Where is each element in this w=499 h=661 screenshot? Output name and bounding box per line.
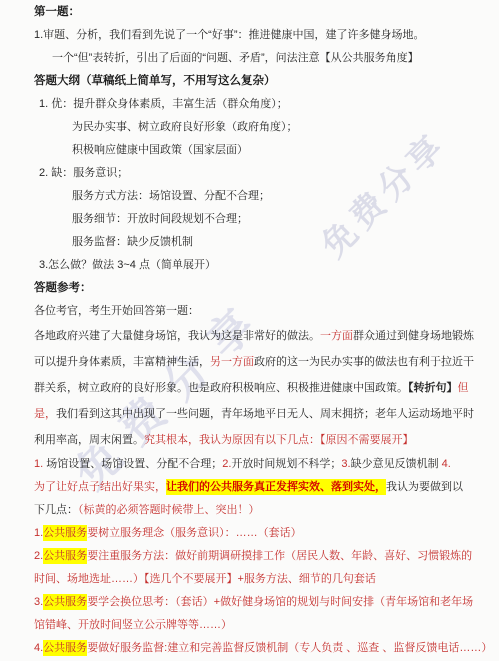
doc-line: 第一题：	[0, 1, 499, 24]
text-segment: 服务监督：缺少反馈机制	[72, 236, 193, 248]
text-segment: 一个“但”表转折，引出了后面的“问题、矛盾”，问法注意【从公共服务角度】	[52, 52, 419, 64]
text-segment: 4.	[34, 642, 43, 654]
doc-line: 为民办实事、树立政府良好形象（政府角度）；	[0, 116, 499, 139]
text-segment: 开放时间规划不科学；	[231, 458, 341, 470]
text-segment: 场馆设置、场馆设置、分配不合理；	[46, 458, 222, 470]
text-segment: 究其根本，我认为原因有以下几点：【原因不需要展开】	[144, 434, 414, 446]
text-segment: 群众通过到健身场地锻炼	[353, 330, 474, 342]
doc-line: 各地政府兴建了大量健身场馆，我认为这是非常好的做法。一方面群众通过到健身场地锻炼	[0, 323, 499, 349]
doc-line: 2.公共服务要注重服务方法：做好前期调研摸排工作（居民人数、年龄、喜好、习惯锻炼…	[0, 545, 499, 568]
doc-line: 答题大纲（草稿纸上简单写，不用写这么复杂）	[0, 70, 499, 93]
text-segment: 我认为要做到以	[386, 481, 463, 493]
text-segment: 答题参考：	[34, 282, 92, 294]
text-segment: 2. 缺：服务意识；	[39, 167, 128, 179]
text-segment: 利用率高，周末闲置。	[34, 434, 144, 446]
doc-line: 答题参考：	[0, 277, 499, 300]
text-segment: 2.	[34, 550, 43, 562]
text-segment: 馆错峰、开放时间竖立公示牌等等……）	[34, 619, 232, 631]
doc-line: 3.公共服务要学会换位思考：（套话）+做好健身场馆的规划与时间安排（青年场馆和老…	[0, 591, 499, 614]
text-segment: 服务方式方法：场馆设置、分配不合理；	[72, 190, 270, 202]
text-segment: 要学会换位思考：（套话）+做好健身场馆的规划与时间安排（青年场馆和老年场	[87, 596, 473, 608]
text-segment: 政府的这一为民办实事的做法也有利于拉近干	[254, 356, 474, 368]
text-segment: 可以提升身体素质，丰富精神生活，	[34, 356, 210, 368]
text-segment: 要树立服务理念（服务意识）：……（套话）	[87, 527, 302, 539]
text-segment: 4.	[442, 458, 451, 470]
doc-line: 利用率高，周末闲置。究其根本，我认为原因有以下几点：【原因不需要展开】	[0, 427, 499, 453]
text-segment: 3.	[34, 596, 43, 608]
text-segment: 1. 优：提升群众身体素质，丰富生活（群众角度）；	[39, 98, 288, 110]
doc-line: 群关系，树立政府的良好形象。也是政府积极响应、积极推进健康中国政策。【转折句】但	[0, 375, 499, 401]
text-segment: 时间、场地选址……）【选几个不要展开】+服务方法、细节的几句套话	[34, 573, 376, 585]
text-segment: 服务细节：开放时间段规划不合理；	[72, 213, 248, 225]
document-page: 第一题：1.审题、分析，我们看到先说了一个“好事”：推进健康中国，建了许多健身场…	[0, 1, 499, 660]
text-segment: 3.	[341, 458, 350, 470]
text-segment: （标黄的必须答题时候带上、突出！）	[78, 504, 260, 516]
text-segment: 各地政府兴建了大量健身场馆，我认为这是非常好的做法。	[34, 330, 320, 342]
text-segment: 一方面	[320, 330, 353, 342]
text-segment: 群关系，树立政府的良好形象。也是政府积极响应、积极推进健康中国政策。	[34, 382, 408, 394]
doc-line: 馆错峰、开放时间竖立公示牌等等……）	[0, 614, 499, 637]
doc-line: 是，我们看到这其中出现了一些问题，青年场地平日无人、周末拥挤；老年人运动场地平时	[0, 401, 499, 427]
doc-line: 1.公共服务要树立服务理念（服务意识）：……（套话）	[0, 522, 499, 545]
doc-line: 一个“但”表转折，引出了后面的“问题、矛盾”，问法注意【从公共服务角度】	[0, 47, 499, 70]
text-segment: 但	[458, 382, 469, 394]
text-segment: 3.怎么做？做法 3~4 点（简单展开）	[39, 259, 216, 271]
text-segment: 1.审题、分析，我们看到先说了一个“好事”：推进健康中国，建了许多健身场地。	[34, 29, 425, 41]
text-segment: 积极响应健康中国政策（国家层面）	[72, 144, 248, 156]
doc-line: 可以提升身体素质，丰富精神生活，另一方面政府的这一为民办实事的做法也有利于拉近干	[0, 349, 499, 375]
text-segment: 另一方面	[210, 356, 254, 368]
text-segment: 我们看到这其中出现了一些问题，青年场地平日无人、周末拥挤；老年人运动场地平时	[56, 408, 474, 420]
text-segment: 第一题：	[34, 6, 80, 18]
text-segment: 为民办实事、树立政府良好形象（政府角度）；	[72, 121, 298, 133]
doc-line: 各位考官，考生开始回答第一题：	[0, 300, 499, 323]
doc-line: 为了让好点子结出好果实，让我们的公共服务真正发挥实效、落到实处，我认为要做到以	[0, 476, 499, 499]
doc-line: 3.怎么做？做法 3~4 点（简单展开）	[0, 254, 499, 277]
doc-line: 服务方式方法：场馆设置、分配不合理；	[0, 185, 499, 208]
text-segment: 要注重服务方法：做好前期调研摸排工作（居民人数、年龄、喜好、习惯锻炼的	[87, 550, 472, 562]
text-segment: 【转折句】	[408, 382, 458, 394]
doc-line: 4.公共服务要做好服务监督:建立和完善监督反馈机制（专人负责 、巡查 、监督反馈…	[0, 637, 499, 660]
doc-line: 服务监督：缺少反馈机制	[0, 231, 499, 254]
highlighted-text: 公共服务	[43, 594, 87, 610]
doc-line: 2. 缺：服务意识；	[0, 162, 499, 185]
doc-line: 时间、场地选址……）【选几个不要展开】+服务方法、细节的几句套话	[0, 568, 499, 591]
text-segment: 1.	[34, 458, 46, 470]
text-segment: 是，	[34, 408, 56, 420]
doc-line: 积极响应健康中国政策（国家层面）	[0, 139, 499, 162]
text-segment: 下几点：	[34, 504, 78, 516]
highlighted-text: 公共服务	[43, 525, 87, 541]
text-segment: 缺少意见反馈机制	[351, 458, 442, 470]
text-segment: 要做好服务监督:建立和完善监督反馈机制（专人负责 、巡查 、监督反馈电话……）	[87, 642, 492, 654]
doc-line: 1. 优：提升群众身体素质，丰富生活（群众角度）；	[0, 93, 499, 116]
doc-line: 下几点：（标黄的必须答题时候带上、突出！）	[0, 499, 499, 522]
text-segment: 1.	[34, 527, 43, 539]
text-segment: 各位考官，考生开始回答第一题：	[34, 305, 199, 317]
doc-line: 1.审题、分析，我们看到先说了一个“好事”：推进健康中国，建了许多健身场地。	[0, 24, 499, 47]
doc-line: 服务细节：开放时间段规划不合理；	[0, 208, 499, 231]
highlighted-text: 公共服务	[43, 640, 87, 656]
highlighted-text: 公共服务	[43, 548, 87, 564]
highlighted-text: 让我们的公共服务真正发挥实效、落到实处，	[166, 479, 386, 495]
text-segment: 答题大纲（草稿纸上简单写，不用写这么复杂）	[34, 75, 276, 87]
text-segment: 为了让好点子结出好果实，	[34, 481, 166, 493]
doc-line: 1. 场馆设置、场馆设置、分配不合理；2.开放时间规划不科学；3.缺少意见反馈机…	[0, 453, 499, 476]
